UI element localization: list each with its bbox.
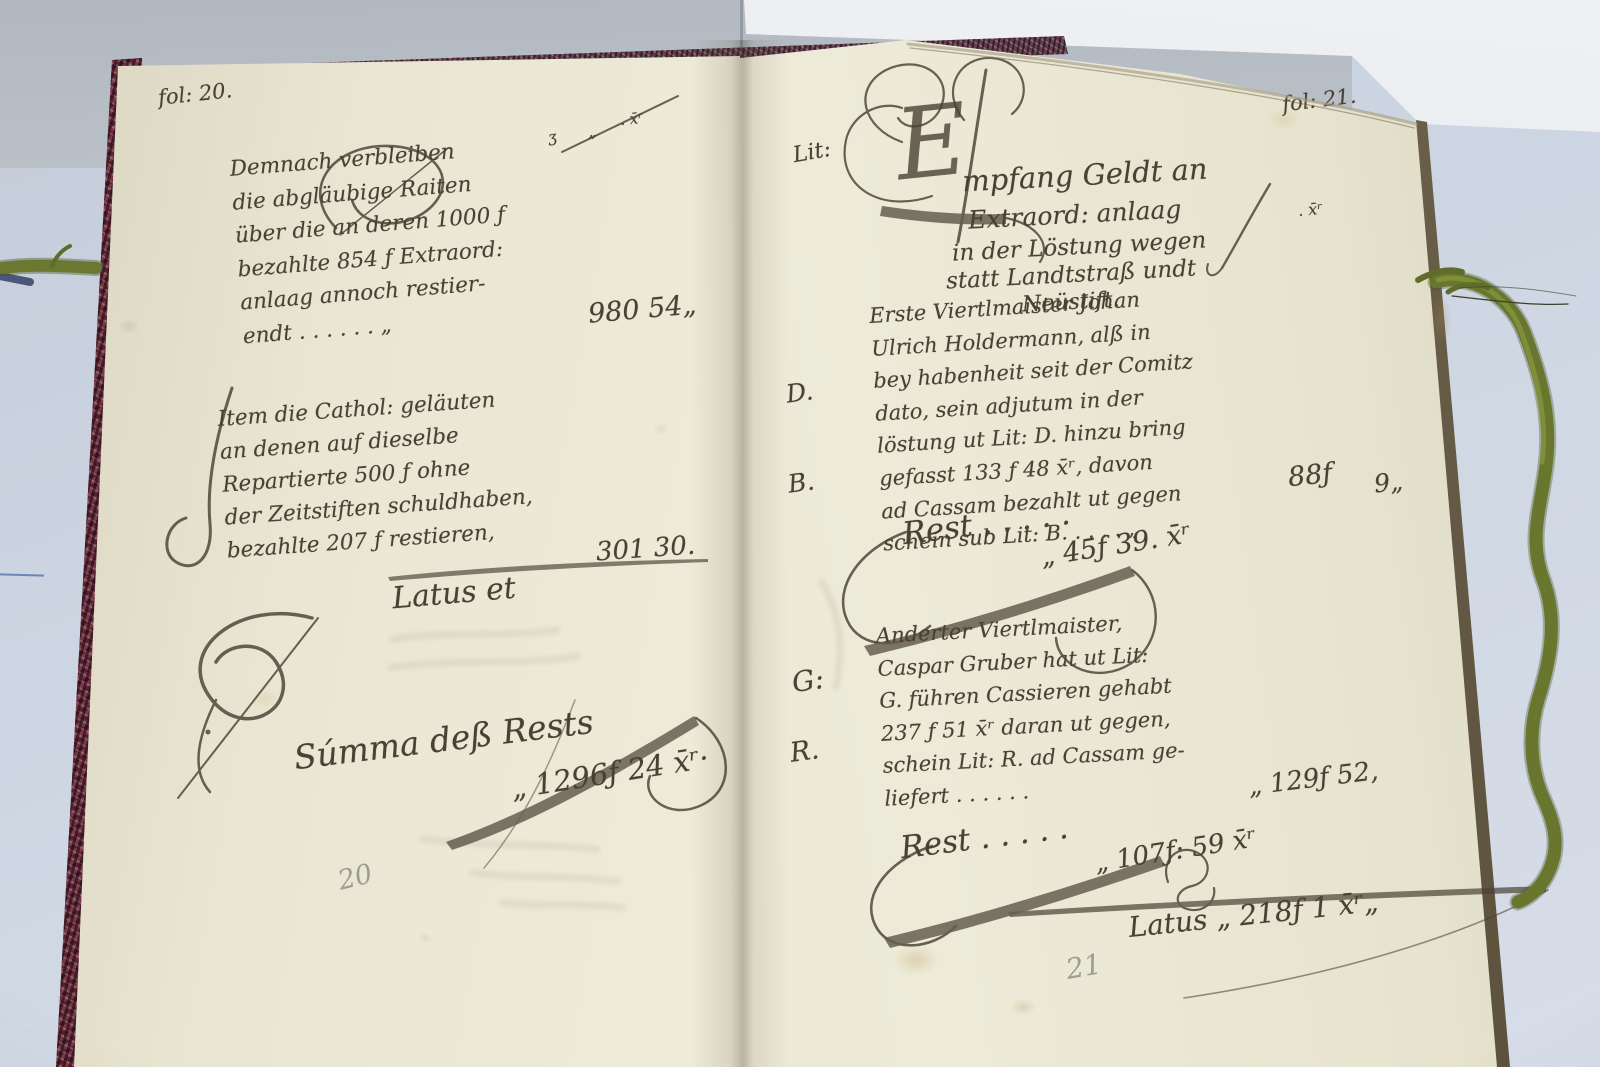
- left-column-kreuzer-mark: . x̄ʳ: [619, 109, 644, 129]
- right-entry-1-amount-kreuzer: 9„: [1373, 467, 1405, 499]
- left-column-florin-dash: „: [588, 122, 597, 142]
- ledger-photo-scene: fol: 20. ʒ „ . x̄ʳ Demnach verbleiben di…: [0, 0, 1600, 1067]
- margin-letter-b: B.: [786, 466, 816, 498]
- tie-shadow: [0, 276, 30, 282]
- margin-letter-r: R.: [788, 734, 821, 769]
- right-pencil-folio-number: 21: [1063, 947, 1104, 986]
- left-tie: [2, 266, 96, 268]
- left-entry-1: Demnach verbleiben die abgläubige Raiten…: [229, 132, 515, 354]
- heading-initial-letter: E: [890, 83, 973, 204]
- margin-letter-d: D.: [784, 376, 815, 408]
- margin-letter-g: G:: [790, 662, 826, 699]
- right-column-kreuzer-mark: . x̄ʳ: [1297, 199, 1323, 220]
- right-entry-2: Anderter Viertlmaister, Caspar Gruber ha…: [875, 604, 1187, 815]
- table-blue-line: [0, 573, 44, 576]
- right-entry-1-amount-florins: 88ƒ: [1287, 458, 1334, 493]
- left-entry-2: Item die Cathol: geläuten an denen auf d…: [217, 381, 536, 567]
- loose-thread: [1452, 296, 1568, 304]
